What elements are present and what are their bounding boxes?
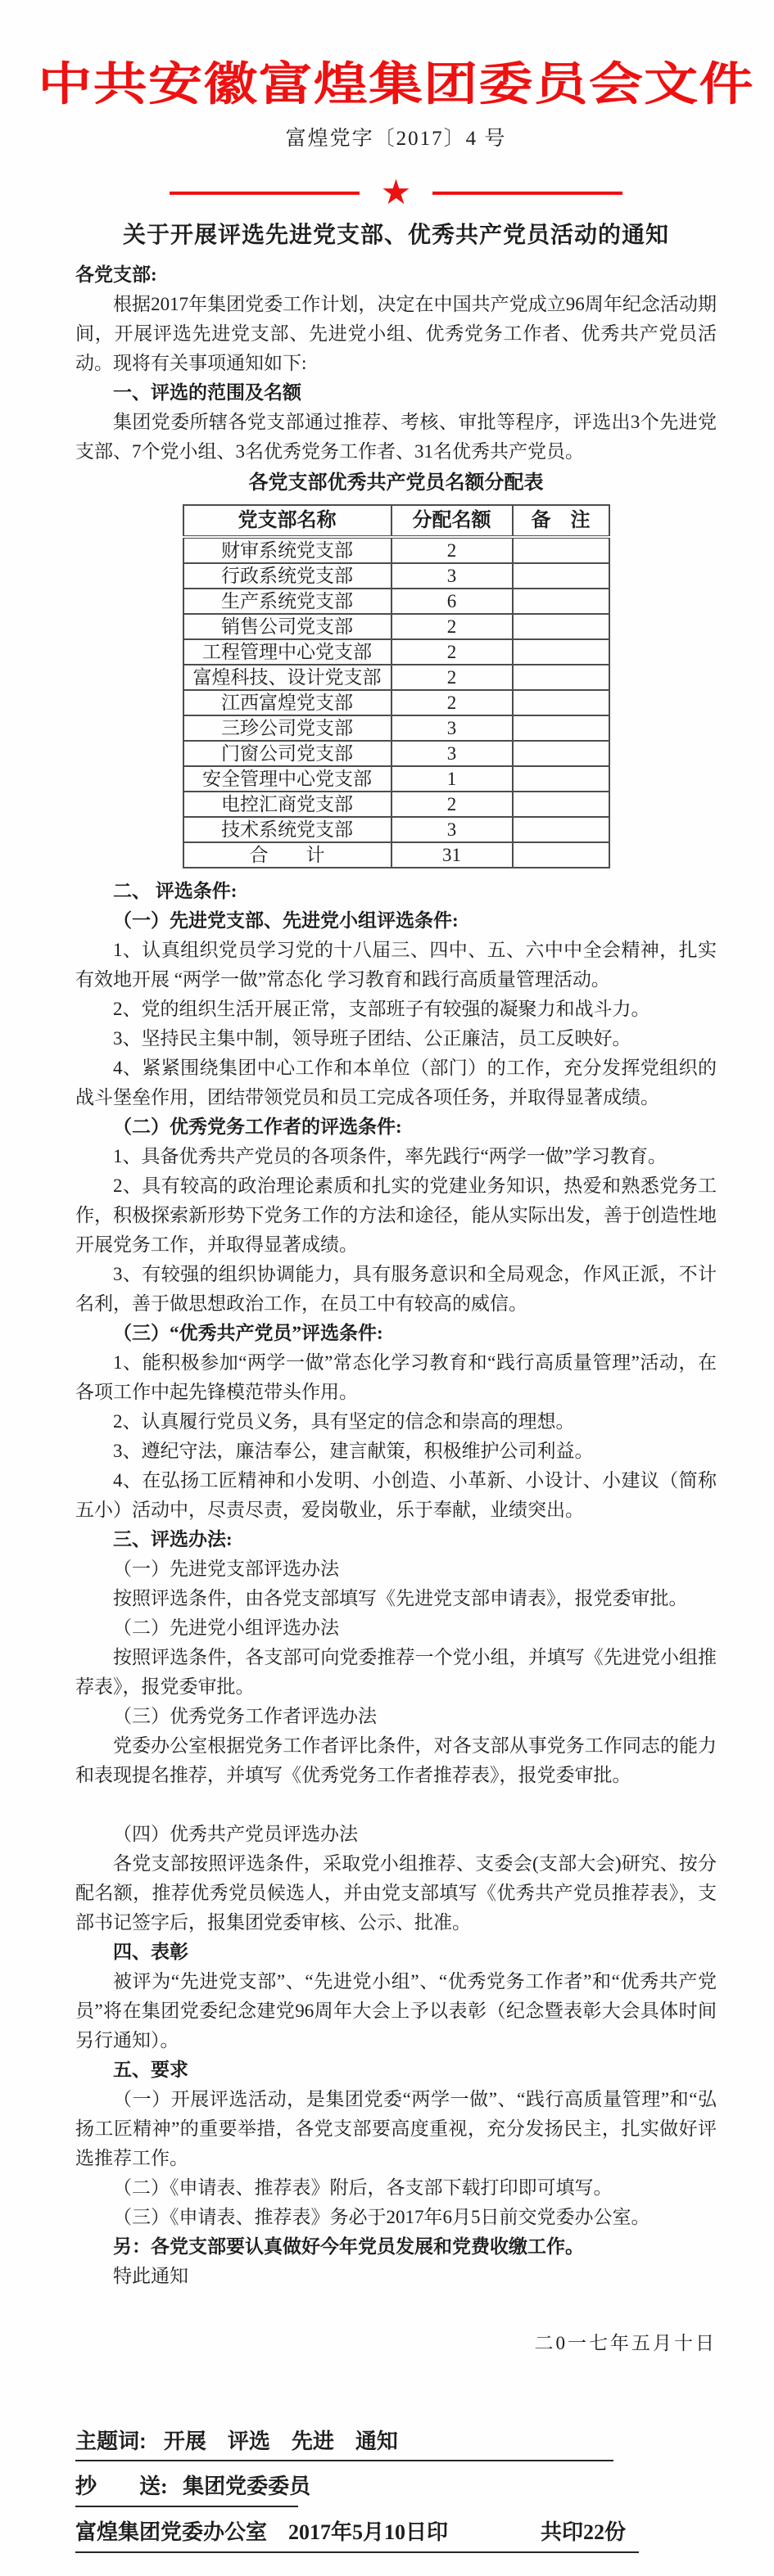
- table-row: 安全管理中心党支部1: [183, 766, 609, 792]
- table-row: 生产系统党支部6: [183, 589, 609, 614]
- table-cell: 财审系统党支部: [183, 537, 392, 563]
- table-cell: 销售公司党支部: [183, 614, 392, 639]
- section-heading: 三、评选办法:: [75, 1525, 717, 1554]
- doc-number: 富煌党字〔2017〕4 号: [75, 126, 717, 152]
- table-title: 各党支部优秀共产党员名额分配表: [75, 468, 717, 498]
- table-cell: 6: [392, 589, 513, 614]
- body-paragraph: （四）优秀共产党员评选办法: [75, 1820, 717, 1849]
- body-paragraph: （二）先进党小组评选办法: [75, 1613, 717, 1643]
- table-header-cell: 备 注: [513, 505, 609, 537]
- table-row: 三珍公司党支部3: [183, 715, 609, 741]
- body-paragraph: 各党支部按照评选条件，采取党小组推荐、支委会(支部大会)研究、按分配名额，推荐优…: [75, 1849, 717, 1938]
- table-header-row: 党支部名称分配名额备 注: [183, 505, 609, 537]
- body-paragraph: 1、能积极参加“两学一做”常态化学习教育和“践行高质量管理”活动，在各项工作中起…: [75, 1348, 717, 1407]
- table-row: 门窗公司党支部3: [183, 741, 609, 766]
- section-heading: （一）先进党支部、先进党小组评选条件:: [75, 906, 717, 936]
- org-banner: 中共安徽富煌集团委员会文件: [18, 57, 774, 111]
- table-cell: [513, 563, 609, 589]
- table-cell: 富煌科技、设计党支部: [183, 665, 392, 690]
- table-header-cell: 党支部名称: [183, 505, 392, 537]
- table-cell: 1: [392, 766, 513, 792]
- issuer-and-print-date: 富煌集团党委办公室 2017年5月10日印: [75, 2519, 448, 2547]
- document-page: 中共安徽富煌集团委员会文件 富煌党字〔2017〕4 号 ★ 关于开展评选先进党支…: [0, 0, 774, 2576]
- table-cell: 2: [392, 614, 513, 639]
- table-row: 财审系统党支部2: [183, 537, 609, 563]
- section-heading: 二、 评选条件:: [75, 877, 717, 906]
- body-paragraph: （三）《申请表、推荐表》务必于2017年6月5日前交党委办公室。: [75, 2203, 717, 2232]
- body-paragraph: 3、坚持民主集中制，领导班子团结、公正廉洁，员工反映好。: [75, 1024, 717, 1053]
- table-cell: 2: [392, 639, 513, 665]
- table-cell: [513, 665, 609, 690]
- table-cell: [513, 690, 609, 715]
- table-cell: [513, 766, 609, 792]
- cc-label: 抄 送:: [75, 2474, 168, 2498]
- table-cell: [513, 715, 609, 741]
- table-cell: 安全管理中心党支部: [183, 766, 392, 792]
- cc-value: 集团党委委员: [183, 2474, 310, 2498]
- quota-table: 党支部名称分配名额备 注财审系统党支部2行政系统党支部3生产系统党支部6销售公司…: [183, 504, 610, 868]
- body-paragraph: 2、具有较高的政治理论素质和扎实的党建业务知识，热爱和熟悉党务工作，积极探索新形…: [75, 1171, 717, 1260]
- section-heading: 五、要求: [75, 2055, 717, 2085]
- body-paragraph: 2、认真履行党员义务，具有坚定的信念和崇高的理想。: [75, 1407, 717, 1437]
- table-cell: 门窗公司党支部: [183, 741, 392, 766]
- table-cell: 行政系统党支部: [183, 563, 392, 589]
- body-paragraph: 集团党委所辖各党支部通过推荐、考核、审批等程序，评选出3个先进党支部、7个党小组…: [75, 408, 717, 467]
- table-cell: 2: [392, 537, 513, 563]
- table-cell: [513, 817, 609, 842]
- document-footer: 主题词: 开展 评选 先进 通知 抄 送: 集团党委委员 富煌集团党委办公室 2…: [75, 2427, 717, 2553]
- spacer: [75, 1790, 717, 1820]
- table-cell: 江西富煌党支部: [183, 690, 392, 715]
- table-cell: 31: [392, 842, 513, 868]
- body-paragraph: （一）先进党支部评选办法: [75, 1554, 717, 1584]
- table-row: 技术系统党支部3: [183, 817, 609, 842]
- table-cell: [513, 639, 609, 665]
- table-cell: [513, 842, 609, 868]
- body-paragraph: （一）开展评选活动，是集团党委“两学一做”、“践行高质量管理”和“弘扬工匠精神”…: [75, 2085, 717, 2173]
- table-cell: 2: [392, 792, 513, 817]
- divider-line-right: [432, 192, 622, 195]
- note-paragraph: 另：各党支部要认真做好今年党员发展和党费收缴工作。: [75, 2232, 717, 2262]
- table-cell: 三珍公司党支部: [183, 715, 392, 741]
- body-paragraph: 特此通知: [75, 2262, 717, 2291]
- imprint-line: 富煌集团党委办公室 2017年5月10日印 共印22份: [75, 2519, 639, 2553]
- table-cell: [513, 792, 609, 817]
- table-cell: 电控汇商党支部: [183, 792, 392, 817]
- body-paragraph: （二）《申请表、推荐表》附后，各支部下载打印即可填写。: [75, 2173, 717, 2203]
- table-row: 行政系统党支部3: [183, 563, 609, 589]
- body-paragraph: 4、在弘扬工匠精神和小发明、小创造、小革新、小设计、小建议（简称五小）活动中，尽…: [75, 1466, 717, 1525]
- table-cell: 3: [392, 817, 513, 842]
- section-heading: 一、评选的范围及名额: [75, 378, 717, 408]
- table-cell: [513, 589, 609, 614]
- body-paragraph: 被评为“先进党支部”、“先进党小组”、“优秀党务工作者”和“优秀共产党员”将在集…: [75, 1967, 717, 2055]
- body-paragraph: 1、具备优秀共产党员的各项条件，率先践行“两学一做”学习教育。: [75, 1142, 717, 1171]
- table-cell: 工程管理中心党支部: [183, 639, 392, 665]
- table-total-row: 合 计31: [183, 842, 609, 868]
- star-icon: ★: [381, 177, 412, 210]
- body-paragraph: 4、紧紧围绕集团中心工作和本单位（部门）的工作，充分发挥党组织的战斗堡垒作用，团…: [75, 1053, 717, 1112]
- document-body: 各党支部:根据2017年集团党委工作计划，决定在中国共产党成立96周年纪念活动期…: [75, 260, 717, 2358]
- body-paragraph: 党委办公室根据党务工作者评比条件，对各支部从事党务工作同志的能力和表现提名推荐，…: [75, 1731, 717, 1790]
- red-divider: ★: [75, 177, 717, 210]
- date-line: 二0一七年五月十日: [75, 2329, 717, 2358]
- copies-count: 共印22份: [541, 2519, 639, 2547]
- table-row: 销售公司党支部2: [183, 614, 609, 639]
- table-cell: [513, 741, 609, 766]
- table-cell: 2: [392, 665, 513, 690]
- body-paragraph: 按照评选条件，由各党支部填写《先进党支部申请表》，报党委审批。: [75, 1584, 717, 1613]
- table-cell: [513, 537, 609, 563]
- divider-line-left: [170, 192, 360, 195]
- body-paragraph: 1、认真组织党员学习党的十八届三、四中、五、六中中全会精神，扎实有效地开展 “两…: [75, 936, 717, 995]
- body-paragraph: 2、党的组织生活开展正常，支部班子有较强的凝聚力和战斗力。: [75, 995, 717, 1024]
- table-row: 电控汇商党支部2: [183, 792, 609, 817]
- section-heading: 四、表彰: [75, 1938, 717, 1967]
- section-heading: （三）“优秀共产党员”评选条件:: [75, 1319, 717, 1348]
- cc-line: 抄 送: 集团党委委员: [75, 2473, 298, 2507]
- body-paragraph: （三）优秀党务工作者评选办法: [75, 1702, 717, 1731]
- table-cell: 3: [392, 741, 513, 766]
- table-cell: 3: [392, 563, 513, 589]
- subject-line: 主题词: 开展 评选 先进 通知: [75, 2427, 613, 2461]
- table-cell: 生产系统党支部: [183, 589, 392, 614]
- table-cell: 2: [392, 690, 513, 715]
- section-heading: （二）优秀党务工作者的评选条件:: [75, 1112, 717, 1142]
- table-cell: 技术系统党支部: [183, 817, 392, 842]
- table-cell: 合 计: [183, 842, 392, 868]
- salutation: 各党支部:: [75, 260, 717, 290]
- subject-label: 主题词:: [75, 2429, 147, 2453]
- body-paragraph: 根据2017年集团党委工作计划，决定在中国共产党成立96周年纪念活动期间，开展评…: [75, 290, 717, 378]
- table-cell: [513, 614, 609, 639]
- table-cell: 3: [392, 715, 513, 741]
- table-row: 富煌科技、设计党支部2: [183, 665, 609, 690]
- document-title: 关于开展评选先进党支部、优秀共产党员活动的通知: [75, 219, 717, 252]
- body-paragraph: 按照评选条件，各支部可向党委推荐一个党小组，并填写《先进党小组推荐表》，报党委审…: [75, 1643, 717, 1702]
- table-row: 工程管理中心党支部2: [183, 639, 609, 665]
- body-paragraph: 3、遵纪守法，廉洁奉公，建言献策，积极维护公司利益。: [75, 1437, 717, 1466]
- subject-value: 开展 评选 先进 通知: [164, 2429, 398, 2453]
- table-row: 江西富煌党支部2: [183, 690, 609, 715]
- table-header-cell: 分配名额: [392, 505, 513, 537]
- body-paragraph: 3、有较强的组织协调能力，具有服务意识和全局观念，作风正派，不计名利，善于做思想…: [75, 1260, 717, 1319]
